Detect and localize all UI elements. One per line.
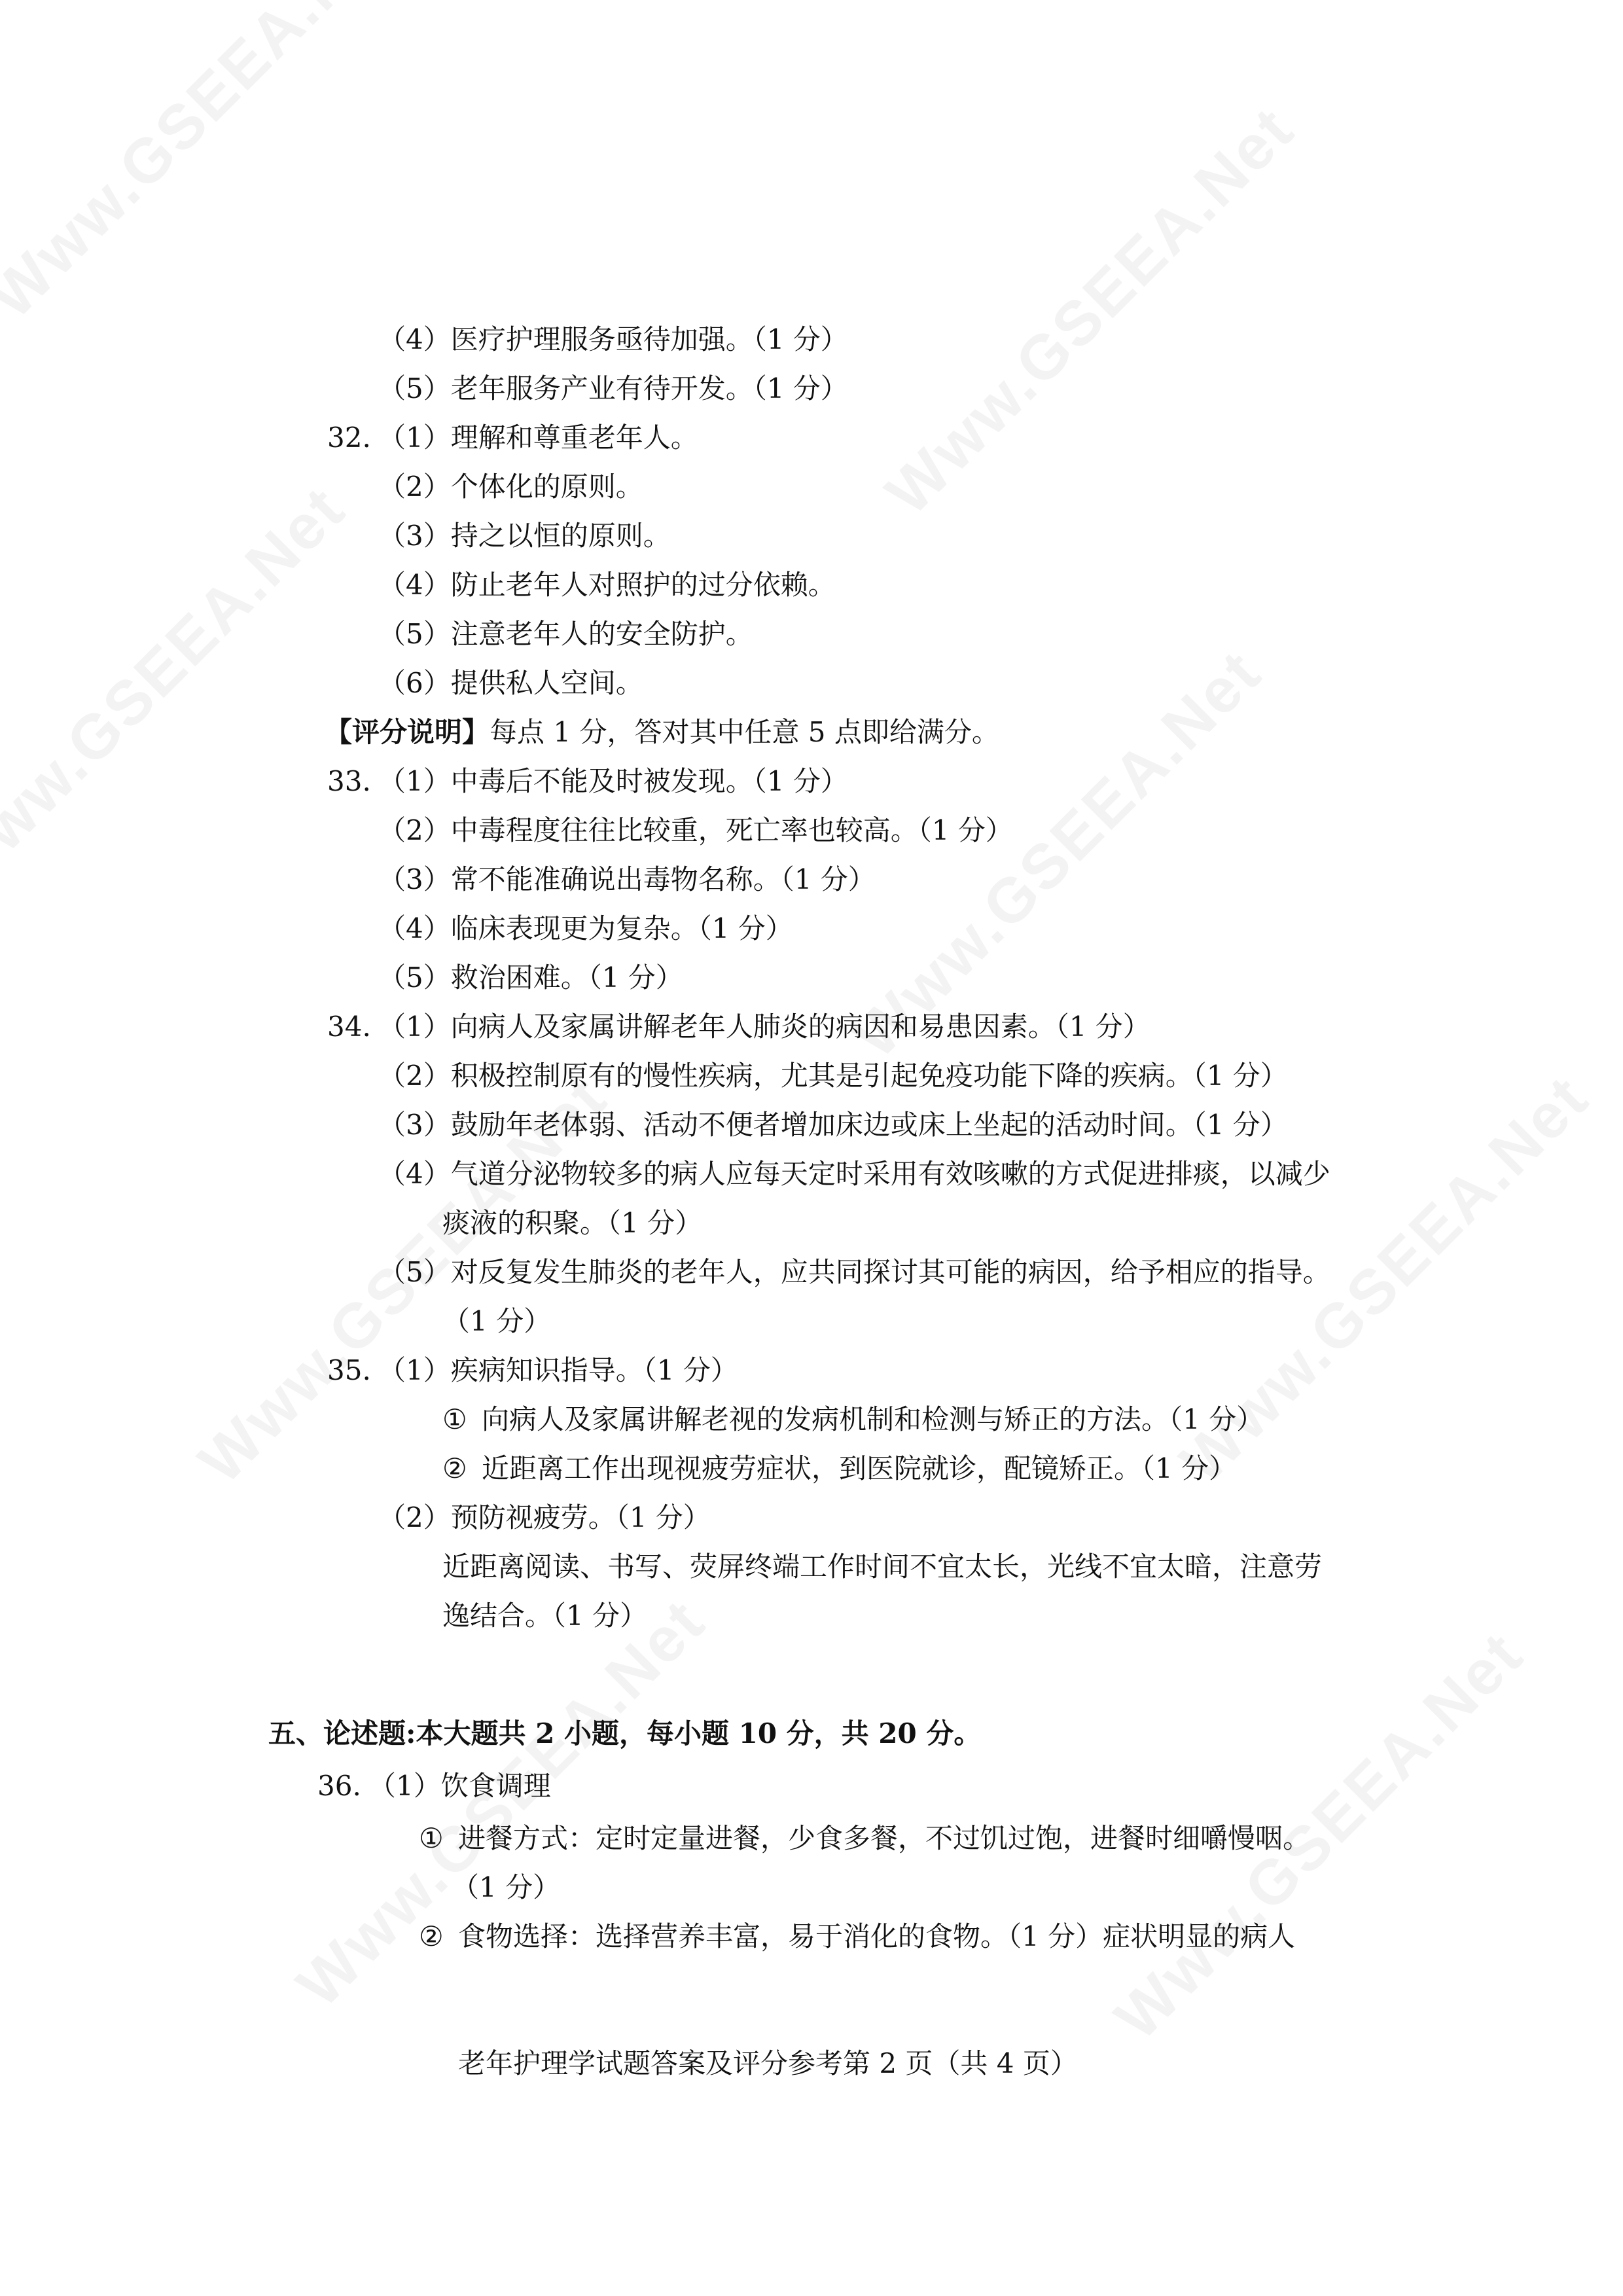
item-text: 临床表现更为复杂。（1 分）	[451, 912, 793, 944]
answer-item: （6）提供私人空间。	[378, 667, 643, 700]
scoring-note-label: 【评分说明】	[325, 716, 490, 748]
item-text: 中毒后不能及时被发现。（1 分）	[451, 765, 848, 797]
answer-item: （5）老年服务产业有待开发。（1 分）	[378, 372, 848, 405]
answer-body-continuation: 逸结合。（1 分）	[442, 1600, 647, 1632]
item-text: 持之以恒的原则。	[451, 520, 671, 552]
section-heading: 五、论述题:本大题共 2 小题，每小题 10 分，共 20 分。	[268, 1717, 981, 1750]
item-text: 近距离阅读、书写、荧屏终端工作时间不宜太长，光线不宜太暗，注意劳	[442, 1551, 1322, 1583]
answer-item: （2）中毒程度往往比较重，死亡率也较高。（1 分）	[378, 814, 1013, 847]
question-number: 34.	[327, 1011, 378, 1043]
question-number: 32.	[327, 422, 378, 454]
item-text: 中毒程度往往比较重，死亡率也较高。（1 分）	[451, 814, 1013, 846]
item-text: 进餐方式：定时定量进餐，少食多餐，不过饥过饱，进餐时细嚼慢咽。	[458, 1822, 1310, 1854]
item-label: （5）	[378, 961, 451, 994]
question-34: 34.（1）向病人及家属讲解老年人肺炎的病因和易患因素。（1 分）	[327, 1011, 1150, 1043]
watermark: Www.GSEEA.Net	[283, 1585, 719, 2021]
circled-number-1: ①	[419, 1822, 458, 1855]
page-footer: 老年护理学试题答案及评分参考第 2 页（共 4 页）	[458, 2047, 1078, 2080]
answer-body: 近距离阅读、书写、荧屏终端工作时间不宜太长，光线不宜太暗，注意劳	[442, 1551, 1322, 1583]
answer-subitem: ②食物选择：选择营养丰富，易于消化的食物。（1 分）症状明显的病人	[419, 1920, 1295, 1953]
question-36: 36.（1）饮食调理	[317, 1770, 551, 1803]
item-label: （2）	[378, 1501, 451, 1534]
answer-item: （4）气道分泌物较多的病人应每天定时采用有效咳嗽的方式促进排痰，以减少	[378, 1158, 1330, 1191]
item-text: 个体化的原则。	[451, 471, 643, 503]
item-label: （5）	[378, 372, 451, 404]
item-label: （2）	[378, 814, 451, 846]
circled-number-2: ②	[442, 1452, 482, 1485]
watermark: Www.GSEEA.Net	[0, 473, 359, 908]
question-number: 36.	[317, 1770, 368, 1803]
item-text: 痰液的积聚。（1 分）	[442, 1207, 702, 1239]
question-35: 35.（1）疾病知识指导。（1 分）	[327, 1354, 738, 1387]
item-label: （3）	[378, 863, 451, 895]
answer-subitem-continuation: （1 分）	[452, 1871, 560, 1904]
answer-subitem: ①向病人及家属讲解老视的发病机制和检测与矫正的方法。（1 分）	[442, 1403, 1264, 1436]
answer-item: （5）对反复发生肺炎的老年人，应共同探讨其可能的病因，给予相应的指导。	[378, 1256, 1330, 1289]
item-label: （3）	[378, 520, 451, 552]
answer-item-continuation: 痰液的积聚。（1 分）	[442, 1207, 702, 1240]
item-text: 老年服务产业有待开发。（1 分）	[451, 372, 848, 404]
item-text: 疾病知识指导。（1 分）	[451, 1354, 738, 1386]
watermark: Www.GSEEA.Net	[840, 636, 1275, 1072]
answer-item: （2）积极控制原有的慢性疾病，尤其是引起免疫功能下降的疾病。（1 分）	[378, 1060, 1288, 1092]
answer-item: （2）预防视疲劳。（1 分）	[378, 1501, 711, 1534]
answer-item: （5）注意老年人的安全防护。	[378, 618, 753, 651]
item-text: 注意老年人的安全防护。	[451, 618, 753, 650]
item-text: （1 分）	[452, 1871, 560, 1903]
question-32: 32.（1）理解和尊重老年人。	[327, 422, 698, 454]
item-label: （1）	[378, 765, 451, 797]
item-text: 积极控制原有的慢性疾病，尤其是引起免疫功能下降的疾病。（1 分）	[451, 1060, 1288, 1092]
item-label: （1）	[378, 1354, 451, 1386]
item-label: （2）	[378, 471, 451, 503]
circled-number-2: ②	[419, 1920, 458, 1953]
item-label: （4）	[378, 569, 451, 601]
item-label: （6）	[378, 667, 451, 699]
item-label: （1）	[368, 1770, 441, 1802]
answer-item: （4）防止老年人对照护的过分依赖。	[378, 569, 836, 601]
watermark: Www.GSEEA.Net	[872, 93, 1308, 529]
item-text: 食物选择：选择营养丰富，易于消化的食物。（1 分）症状明显的病人	[458, 1920, 1295, 1952]
item-text: 近距离工作出现视疲劳症状，到医院就诊，配镜矫正。（1 分）	[482, 1452, 1236, 1484]
item-text: 预防视疲劳。（1 分）	[451, 1501, 711, 1534]
item-text: 鼓励年老体弱、活动不便者增加床边或床上坐起的活动时间。（1 分）	[451, 1109, 1288, 1141]
item-label: （5）	[378, 1256, 451, 1288]
question-number: 35.	[327, 1354, 378, 1387]
item-label: （4）	[378, 912, 451, 944]
item-text: 理解和尊重老年人。	[451, 422, 698, 454]
item-text: 对反复发生肺炎的老年人，应共同探讨其可能的病因，给予相应的指导。	[451, 1256, 1330, 1288]
scoring-note: 【评分说明】每点 1 分，答对其中任意 5 点即给满分。	[325, 716, 999, 749]
answer-item: （5）救治困难。（1 分）	[378, 961, 683, 994]
item-text: 饮食调理	[441, 1770, 551, 1802]
answer-item: （3）常不能准确说出毒物名称。（1 分）	[378, 863, 876, 896]
question-33: 33.（1）中毒后不能及时被发现。（1 分）	[327, 765, 848, 798]
item-label: （1）	[378, 422, 451, 454]
question-number: 33.	[327, 765, 378, 798]
answer-item: （3）持之以恒的原则。	[378, 520, 671, 552]
item-text: （1 分）	[442, 1305, 551, 1337]
item-text: 向病人及家属讲解老视的发病机制和检测与矫正的方法。（1 分）	[482, 1403, 1264, 1435]
item-label: （1）	[378, 1011, 451, 1043]
circled-number-1: ①	[442, 1403, 482, 1436]
answer-item: （4）医疗护理服务亟待加强。（1 分）	[378, 323, 848, 356]
answer-item-continuation: （1 分）	[442, 1305, 551, 1338]
item-label: （2）	[378, 1060, 451, 1092]
answer-item: （3）鼓励年老体弱、活动不便者增加床边或床上坐起的活动时间。（1 分）	[378, 1109, 1288, 1141]
item-text: 救治困难。（1 分）	[451, 961, 683, 994]
item-text: 防止老年人对照护的过分依赖。	[451, 569, 836, 601]
item-label: （4）	[378, 1158, 451, 1190]
item-label: （4）	[378, 323, 451, 355]
answer-subitem: ②近距离工作出现视疲劳症状，到医院就诊，配镜矫正。（1 分）	[442, 1452, 1236, 1485]
item-text: 气道分泌物较多的病人应每天定时采用有效咳嗽的方式促进排痰，以减少	[451, 1158, 1330, 1190]
item-text: 逸结合。（1 分）	[442, 1600, 647, 1632]
item-label: （5）	[378, 618, 451, 650]
answer-item: （2）个体化的原则。	[378, 471, 643, 503]
item-text: 提供私人空间。	[451, 667, 643, 699]
item-text: 常不能准确说出毒物名称。（1 分）	[451, 863, 876, 895]
item-text: 向病人及家属讲解老年人肺炎的病因和易患因素。（1 分）	[451, 1011, 1150, 1043]
watermark: Www.GSEEA.Net	[0, 0, 412, 332]
item-text: 医疗护理服务亟待加强。（1 分）	[451, 323, 848, 355]
scoring-note-text: 每点 1 分，答对其中任意 5 点即给满分。	[490, 716, 999, 748]
answer-item: （4）临床表现更为复杂。（1 分）	[378, 912, 793, 945]
item-label: （3）	[378, 1109, 451, 1141]
answer-subitem: ①进餐方式：定时定量进餐，少食多餐，不过饥过饱，进餐时细嚼慢咽。	[419, 1822, 1310, 1855]
